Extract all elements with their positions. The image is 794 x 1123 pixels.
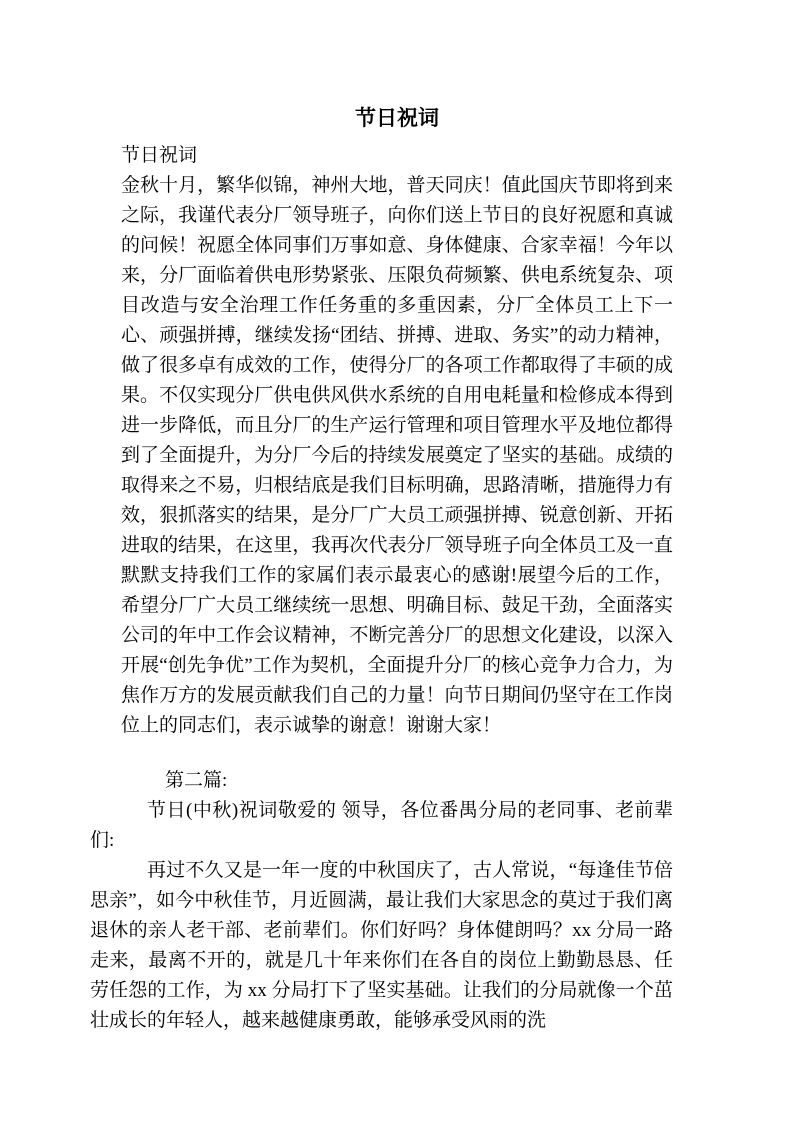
section2-body-paragraph: 再过不久又是一年一度的中秋国庆了，古人常说，“每逢佳节倍思亲”，如今中秋佳节，月…: [90, 856, 673, 1036]
section2-heading: 第二篇:: [90, 766, 673, 796]
document-page: 节日祝词 节日祝词 金秋十月，繁华似锦，神州大地，普天同庆！值此国庆节即将到来之…: [0, 0, 794, 1123]
heading-line: 节日祝词: [121, 141, 673, 171]
blank-line-separator: [0, 741, 794, 766]
document-title: 节日祝词: [121, 103, 673, 133]
section2-salutation: 节日(中秋)祝词敬爱的 领导，各位番禺分局的老同事、老前辈们:: [90, 796, 673, 856]
paragraph-national-day-speech: 金秋十月，繁华似锦，神州大地，普天同庆！值此国庆节即将到来之际，我谨代表分厂领导…: [121, 171, 673, 741]
